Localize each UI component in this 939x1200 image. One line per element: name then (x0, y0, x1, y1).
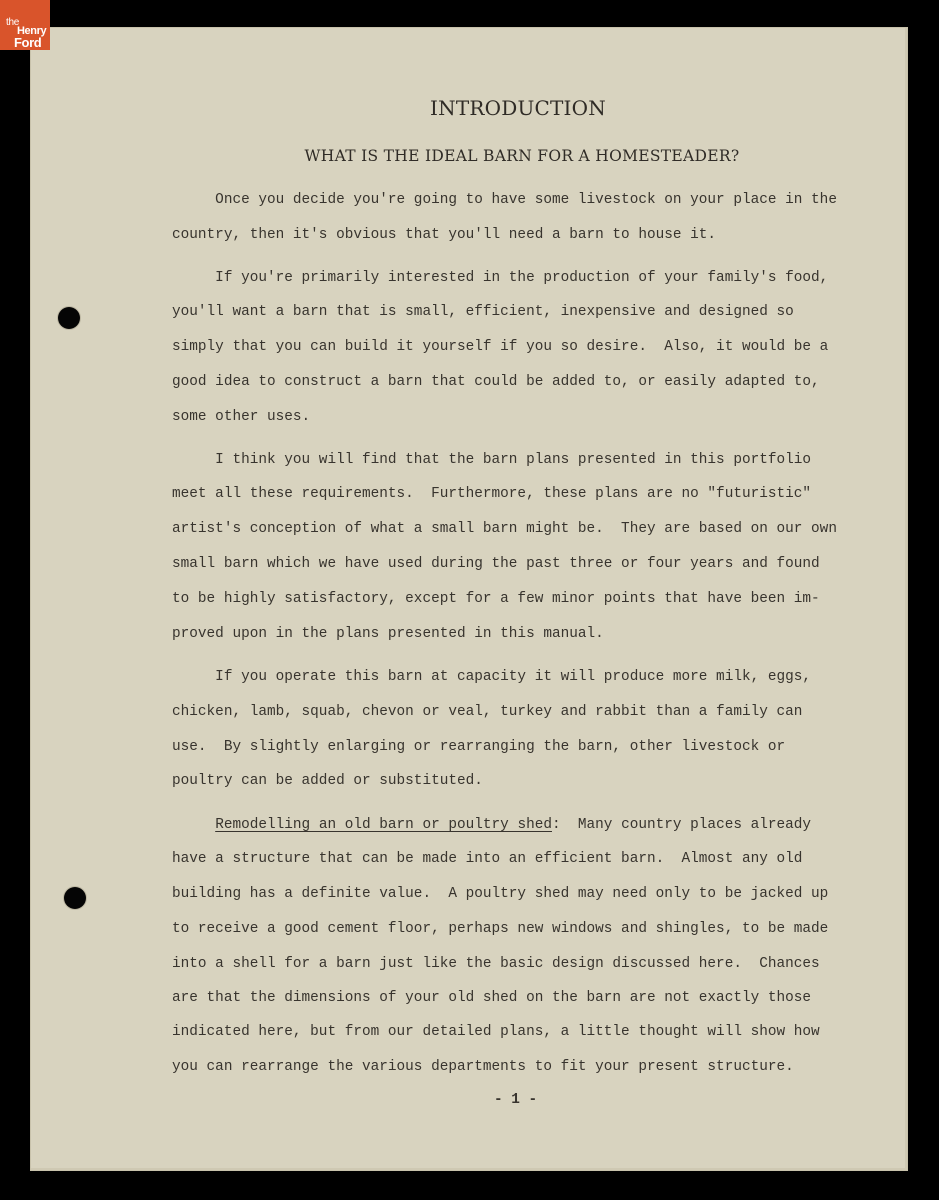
paragraph-3-line-4: small barn which we have used during the… (172, 557, 820, 571)
paragraph-5-line-5: into a shell for a barn just like the ba… (172, 957, 820, 971)
paragraph-5-line-3: building has a definite value. A poultry… (172, 887, 828, 901)
punch-hole-icon (64, 887, 86, 909)
paragraph-2-line-1: If you're primarily interested in the pr… (172, 271, 828, 285)
paragraph-5-line-2: have a structure that can be made into a… (172, 852, 802, 866)
page-title: INTRODUCTION (430, 96, 606, 120)
paragraph-2-line-2: you'll want a barn that is small, effici… (172, 305, 794, 319)
paragraph-2-line-4: good idea to construct a barn that could… (172, 375, 820, 389)
paragraph-5-line-6: are that the dimensions of your old shed… (172, 991, 811, 1005)
paragraph-5-line-4: to receive a good cement floor, perhaps … (172, 922, 828, 936)
page-subtitle: WHAT IS THE IDEAL BARN FOR A HOMESTEADER… (305, 147, 740, 165)
paragraph-3-line-6: proved upon in the plans presented in th… (172, 627, 604, 641)
paragraph-2-line-3: simply that you can build it yourself if… (172, 340, 828, 354)
paragraph-3-line-3: artist's conception of what a small barn… (172, 522, 837, 536)
paragraph-2-line-5: some other uses. (172, 410, 310, 424)
paragraph-3-line-5: to be highly satisfactory, except for a … (172, 592, 820, 606)
paragraph-3-line-2: meet all these requirements. Furthermore… (172, 487, 811, 501)
paragraph-4-line-2: chicken, lamb, squab, chevon or veal, tu… (172, 705, 802, 719)
paragraph-3-line-1: I think you will find that the barn plan… (172, 453, 811, 467)
paragraph-4-line-3: use. By slightly enlarging or rearrangin… (172, 740, 785, 754)
paragraph-5-line-8: you can rearrange the various department… (172, 1060, 794, 1074)
logo-text-ford: Ford (14, 36, 41, 49)
paragraph-4-line-1: If you operate this barn at capacity it … (172, 670, 811, 684)
paragraph-5-line-1: Remodelling an old barn or poultry shed:… (172, 818, 811, 832)
paragraph-5-line-7: indicated here, but from our detailed pl… (172, 1025, 820, 1039)
punch-hole-icon (58, 307, 80, 329)
henry-ford-logo: the Henry Ford (0, 0, 50, 50)
page-number: - 1 - (494, 1092, 537, 1108)
remodelling-heading-suffix: : Many country places already (552, 817, 811, 833)
paragraph-4-line-4: poultry can be added or substituted. (172, 774, 483, 788)
paragraph-1-line-1: Once you decide you're going to have som… (172, 193, 837, 207)
paragraph-1-line-2: country, then it's obvious that you'll n… (172, 228, 716, 242)
remodelling-heading: Remodelling an old barn or poultry shed (215, 817, 552, 833)
